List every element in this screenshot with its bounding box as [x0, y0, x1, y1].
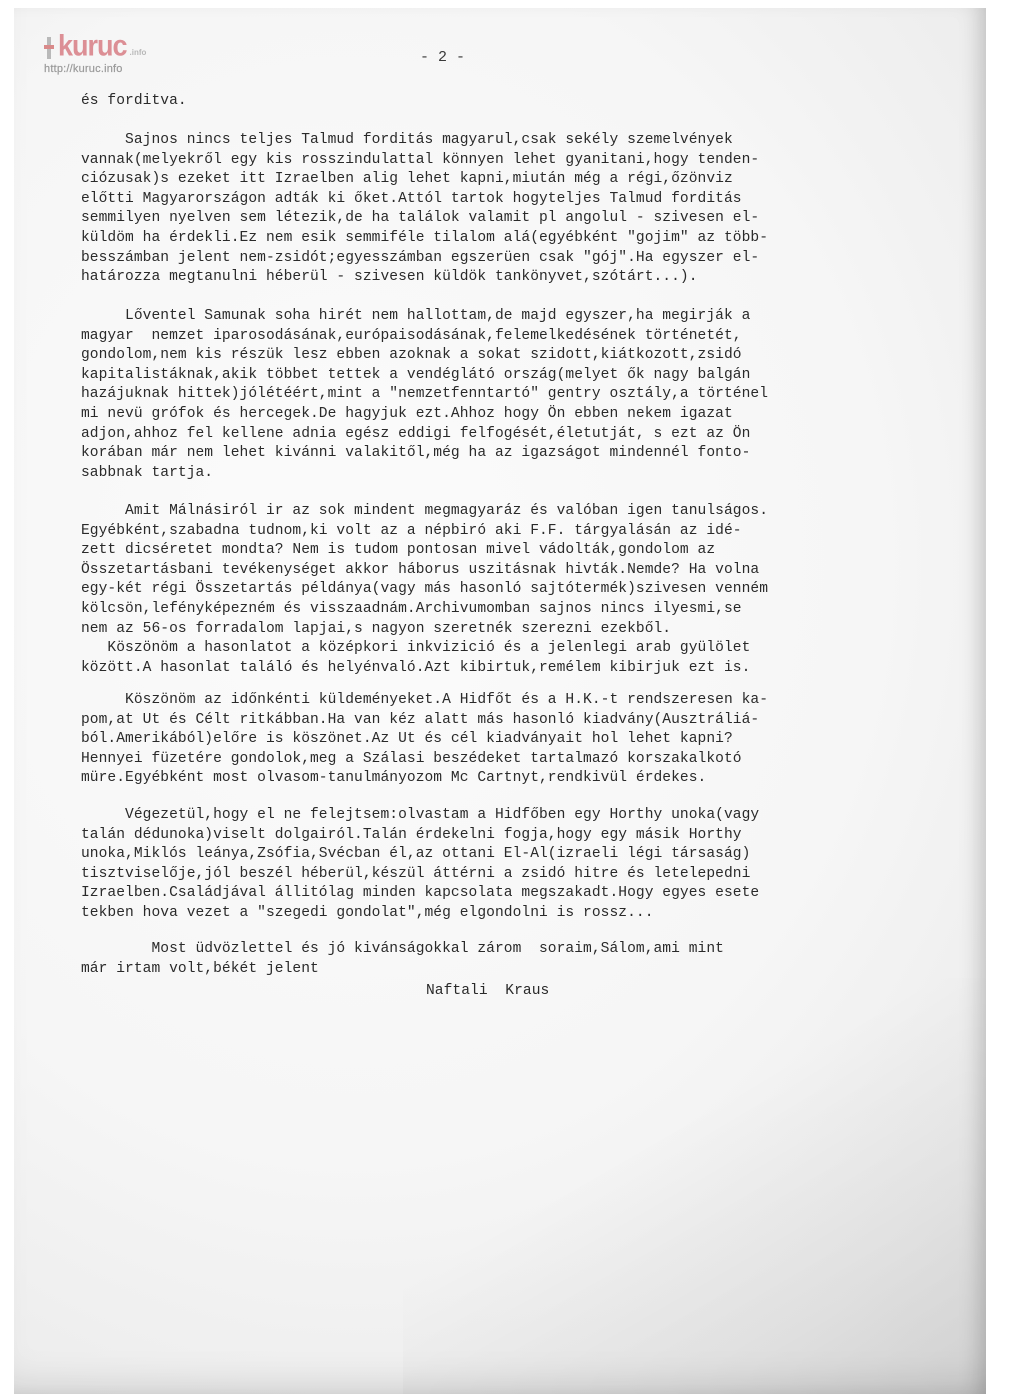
letter-line: gondolom,nem kis részük lesz ebben azokn…	[81, 347, 742, 364]
letter-line: Köszönöm a hasonlatot a középkori inkviz…	[81, 640, 750, 657]
letter-line: előtti Magyarországon adták ki őket.Attó…	[81, 191, 742, 208]
letter-line: mi nevü grófok és hercegek.De hagyjuk ez…	[81, 406, 733, 423]
letter-line: kapitalistáknak,akik többet tettek a ven…	[81, 367, 750, 384]
watermark-url: http://kuruc.info	[44, 63, 146, 75]
letter-line: ciózusak)s ezeket itt Izraelben alig leh…	[81, 171, 733, 188]
watermark-logo-text: kuruc	[58, 33, 127, 59]
letter-line: unoka,Miklós leánya,Zsófia,Svécban él,az…	[81, 846, 750, 863]
page-number: - 2 -	[420, 49, 465, 66]
watermark-logo: kuruc .info	[44, 35, 146, 59]
letter-line: küldöm ha érdekli.Ez nem esik semmiféle …	[81, 230, 768, 247]
letter-line: adjon,ahhoz fel kellene adnia egész eddi…	[81, 426, 750, 443]
letter-line: korában már nem lehet kivánni valakitől,…	[81, 445, 750, 462]
letter-line: határozza megtanulni héberül - szivesen …	[81, 269, 698, 286]
letter-line: Izraelben.Családjával állitólag minden k…	[81, 885, 759, 902]
letter-line: Amit Málnásiról ir az sok mindent megmag…	[81, 503, 768, 520]
letter-line: ból.Amerikából)előre is köszönet.Az Ut é…	[81, 731, 733, 748]
letter-line: tekben hova vezet a "szegedi gondolat",m…	[81, 905, 654, 922]
letter-line: besszámban jelent nem-zsidót;egyesszámba…	[81, 250, 759, 267]
letter-line: Lőventel Samunak soha hirét nem hallotta…	[81, 308, 750, 325]
letter-line: hazájuknak hittek)jólétéért,mint a "nemz…	[81, 386, 768, 403]
letter-line: zett dicséretet mondta? Nem is tudom pon…	[81, 542, 715, 559]
letter-line: müre.Egyébként most olvasom-tanulmányozo…	[81, 770, 706, 787]
letter-line: nem az 56-os forradalom lapjai,s nagyon …	[81, 621, 671, 638]
letter-line: Hennyei füzetére gondolok,meg a Szálasi …	[81, 751, 742, 768]
letter-line: már irtam volt,békét jelent	[81, 961, 319, 978]
letter-line: Sajnos nincs teljes Talmud forditás magy…	[81, 132, 733, 149]
letter-line: vannak(melyekről egy kis rosszindulattal…	[81, 152, 759, 169]
letter-line: talán dédunoka)viselt dolgairól.Talán ér…	[81, 827, 742, 844]
letter-line: kölcsön,lefényképezném és visszaadnám.Ar…	[81, 601, 742, 618]
letter-line: sabbnak tartja.	[81, 465, 213, 482]
letter-line: Végezetül,hogy el ne felejtsem:olvastam …	[81, 807, 759, 824]
letter-line: pom,at Ut és Célt ritkábban.Ha van kéz a…	[81, 712, 759, 729]
letter-line: magyar nemzet iparosodásának,európaisodá…	[81, 328, 742, 345]
letter-line: Összetartásbani tevékenységet akkor hábo…	[81, 562, 759, 579]
signature: Naftali Kraus	[426, 983, 549, 1000]
letter-line: és forditva.	[81, 93, 187, 110]
letter-line: semmilyen nyelven sem létezik,de ha talá…	[81, 210, 759, 227]
letter-line: Köszönöm az időnkénti küldeményeket.A Hi…	[81, 692, 768, 709]
cross-icon	[44, 37, 54, 59]
letter-line: Most üdvözlettel és jó kivánságokkal zár…	[81, 941, 724, 958]
letter-line: Egyébként,szabadna tudnom,ki volt az a n…	[81, 523, 742, 540]
letter-line: egy-két régi Összetartás példánya(vagy m…	[81, 581, 768, 598]
watermark: kuruc .info http://kuruc.info	[44, 35, 146, 75]
letter-line: között.A hasonlat találó és helyénvaló.A…	[81, 660, 750, 677]
watermark-logo-tld: .info	[130, 48, 147, 57]
letter-line: tisztviselője,jól beszél héberül,készül …	[81, 866, 750, 883]
